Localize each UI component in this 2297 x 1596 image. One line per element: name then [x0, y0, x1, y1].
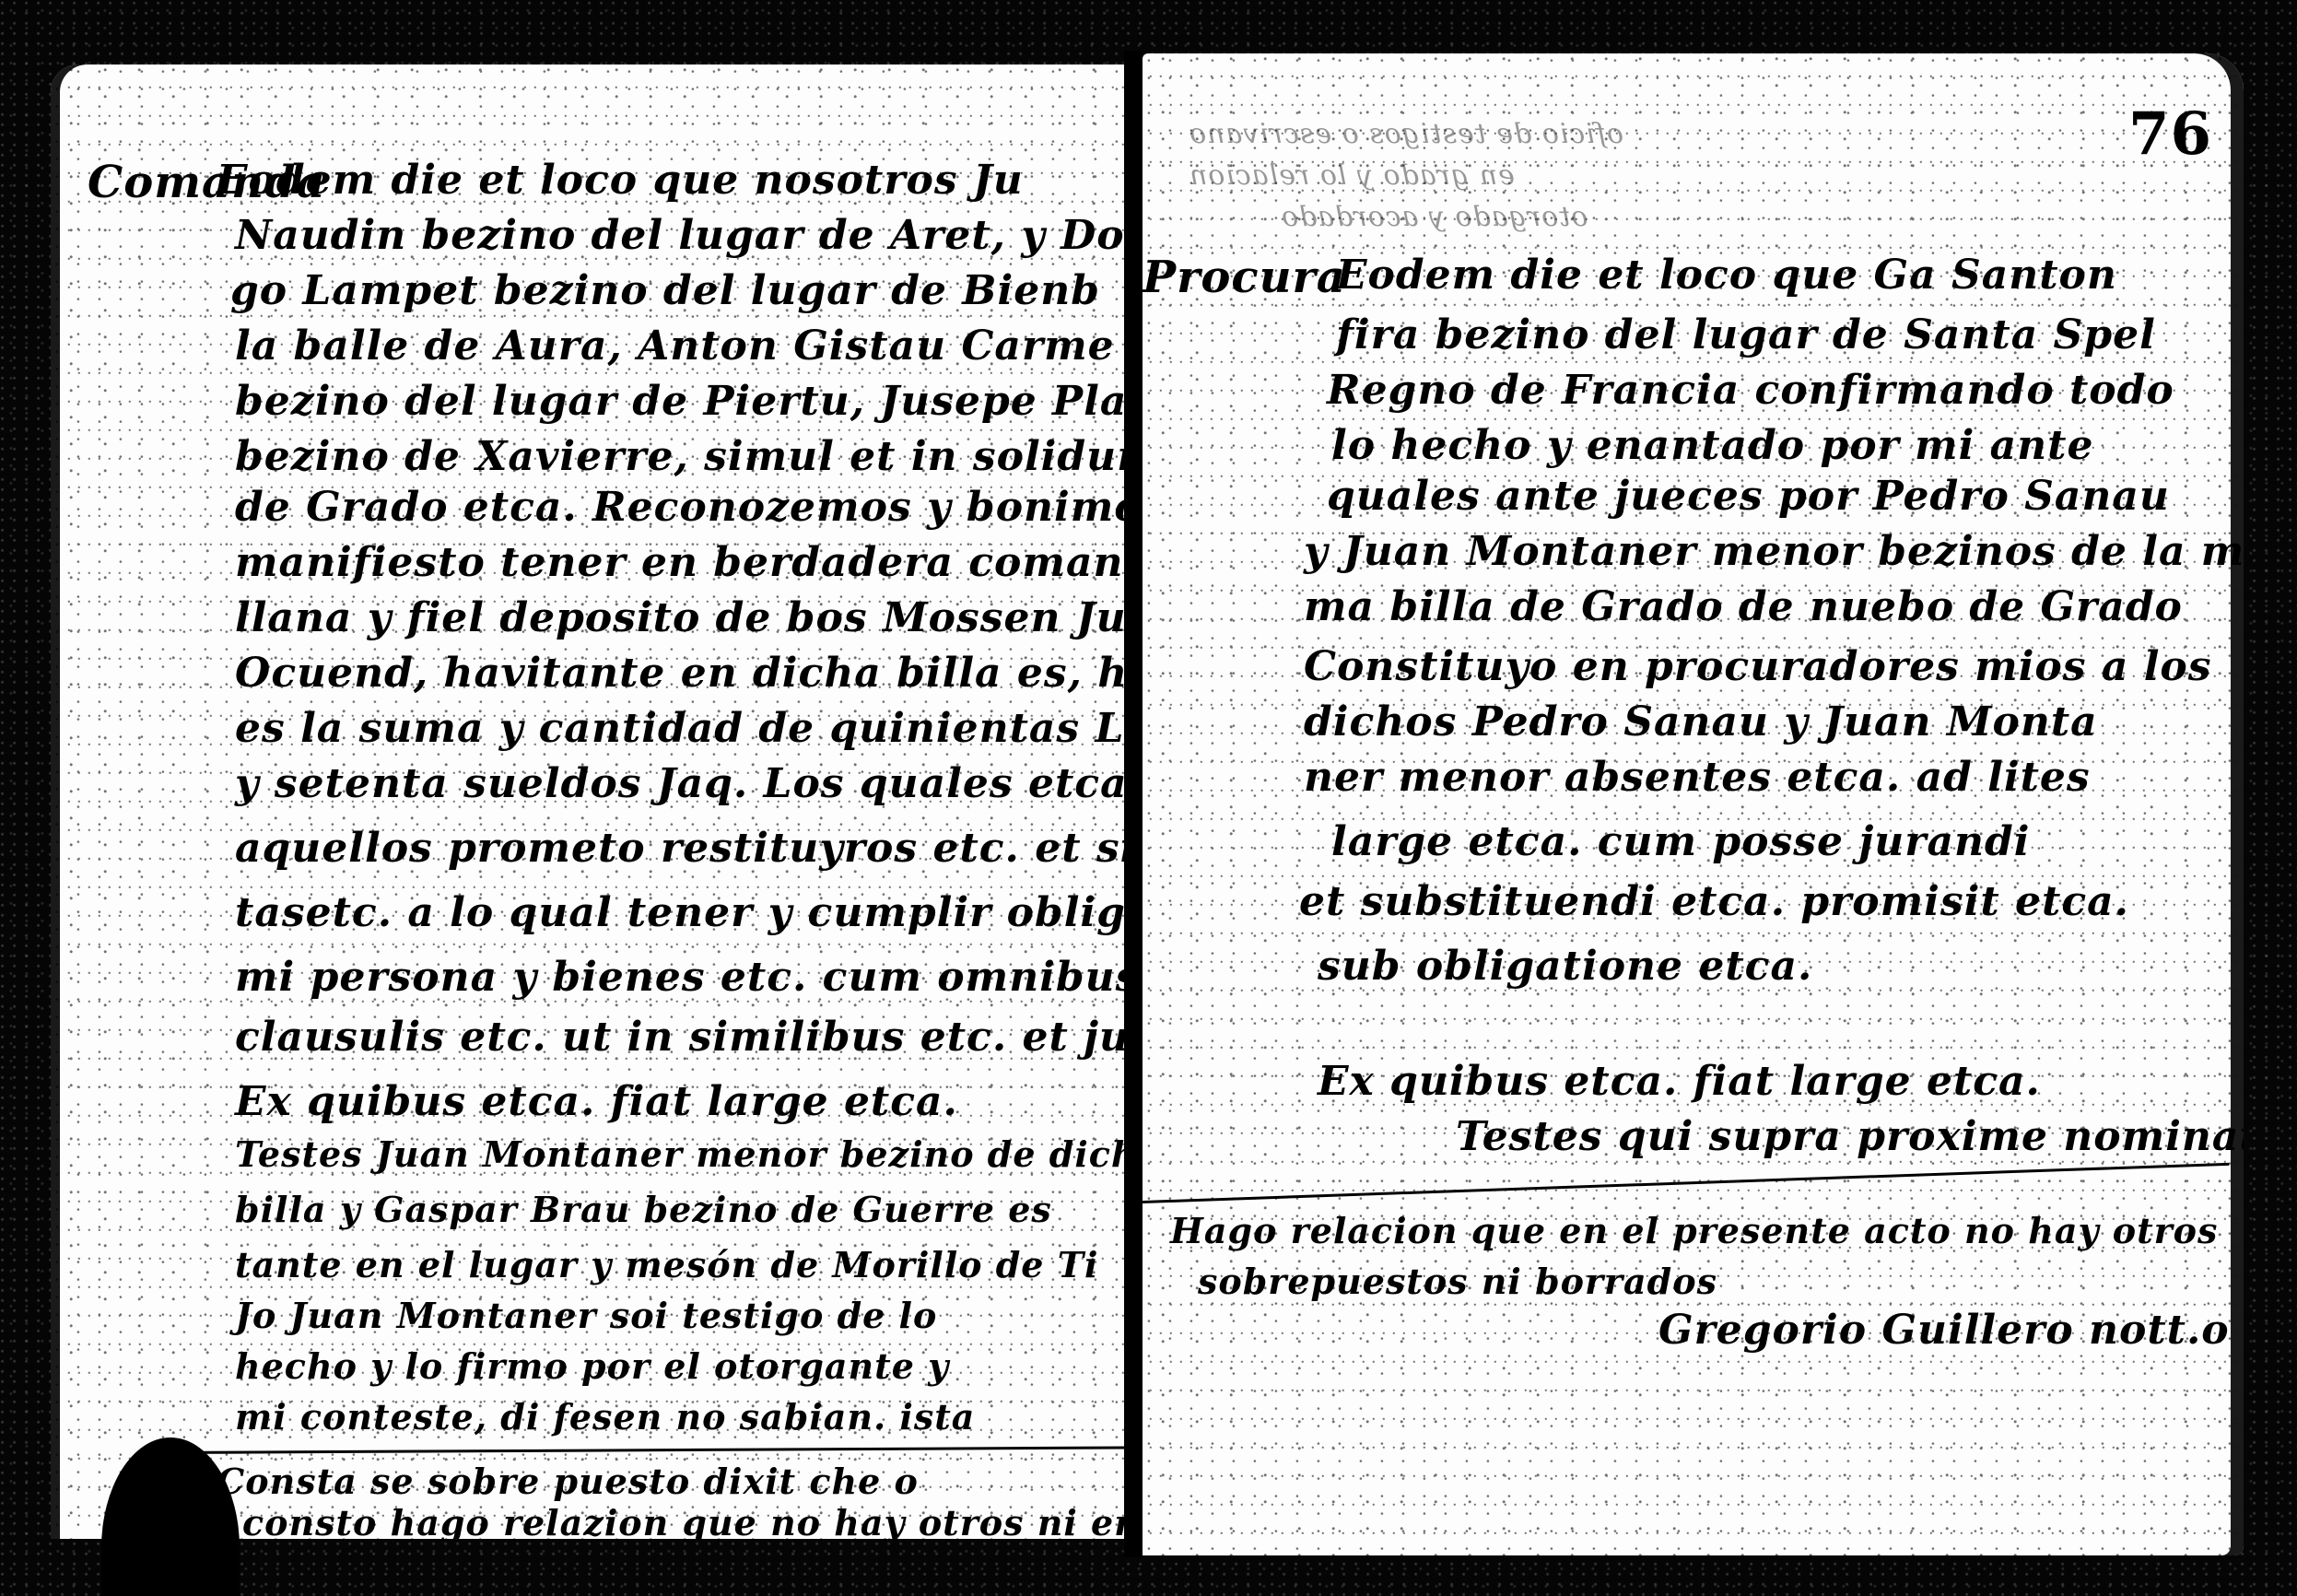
right-body-line: fira bezino del lugar de Santa Spel: [1336, 311, 2156, 358]
right-closing-line: Testes qui supra proxime nominati: [1456, 1113, 2244, 1160]
right-body-line: large etca. cum posse jurandi: [1331, 818, 2030, 865]
left-body-line: tasetc. a lo qual tener y cumplir obligo: [235, 889, 1133, 936]
left-body-line: bezino de Xavierre, simul et in solidum: [235, 433, 1133, 480]
left-body-line: mi persona y bienes etc. cum omnibus: [235, 954, 1133, 1001]
right-body-line: Constituyo en procuradores mios a los: [1304, 643, 2212, 690]
right-body-line: y Juan Montaner menor bezinos de la mis: [1304, 528, 2244, 575]
right-body-line: Eodem die et loco que Ga Santon: [1336, 252, 2117, 299]
right-footer-line: sobrepuestos ni borrados: [1198, 1261, 1717, 1302]
left-witness-line: Ex quibus etca. fiat large etca.: [235, 1078, 958, 1125]
left-body-line: de Grado etca. Reconozemos y bonimos de: [235, 484, 1133, 531]
left-body-line: clausulis etc. ut in similibus etc. et j…: [235, 1014, 1133, 1061]
left-body-line: es la suma y cantidad de quinientas L. s…: [235, 705, 1133, 752]
left-witness-line: Jo Juan Montaner soi testigo de lo: [235, 1295, 937, 1336]
left-body-line: llana y fiel deposito de bos Mossen Juan…: [235, 594, 1133, 641]
right-body-line: Regno de Francia confirmando todo: [1327, 367, 2174, 414]
right-margin-note: Procura: [1143, 252, 1346, 303]
left-body-line: Ocuend, havitante en dicha billa es, has…: [235, 650, 1133, 697]
left-witness-line: mi conteste, di fesen no sabian. ista: [235, 1396, 975, 1438]
right-body-line: dichos Pedro Sanau y Juan Monta: [1304, 698, 2098, 745]
left-footer-line: et consto hago relazion que no hay otros…: [189, 1502, 1133, 1539]
left-footer-rule: [161, 1447, 1129, 1454]
folio-number: 76: [2128, 100, 2212, 169]
right-body-line: lo hecho y enantado por mi ante: [1331, 422, 2093, 469]
right-closing-line: Ex quibus etca. fiat large etca.: [1318, 1058, 2041, 1105]
page-gutter: [1124, 51, 1143, 1557]
right-body-line: sub obligatione etca.: [1318, 943, 1812, 990]
right-body-line: quales ante jueces por Pedro Sanau: [1327, 473, 2170, 520]
left-body-line: bezino del lugar de Piertu, Jusepe Plan: [235, 378, 1133, 425]
left-body-line: Eodem die et loco que nosotros Ju: [217, 157, 1024, 204]
left-witness-line: billa y Gaspar Brau bezino de Guerre es: [235, 1189, 1052, 1230]
right-footer-rule: [1143, 1163, 2229, 1203]
right-footer-line: Hago relacion que en el presente acto no…: [1170, 1210, 2218, 1251]
bleedthrough-line: oficio de testigos o escrivano: [1189, 118, 1623, 150]
left-witness-line: tante en el lugar y mesón de Morillo de …: [235, 1244, 1098, 1285]
left-body-line: go Lampet bezino del lugar de Bienb: [230, 267, 1100, 314]
left-body-line: y setenta sueldos Jaq. Los quales etca. …: [235, 760, 1133, 807]
bleedthrough-line: en grado y lo relacion: [1189, 159, 1515, 192]
left-body-line: la balle de Aura, Anton Gistau Carme: [235, 323, 1115, 370]
left-witness-line: hecho y lo firmo por el otorgante y: [235, 1345, 949, 1387]
bleedthrough-line: otorgado y acordado: [1281, 201, 1588, 233]
left-body-line: Naudin bezino del lugar de Aret, y Do: [235, 212, 1125, 259]
right-body-line: ma billa de Grado de nuebo de Grado: [1304, 583, 2183, 630]
right-body-line: ner menor absentes etca. ad lites: [1304, 754, 2091, 801]
left-page: Comanda Eodem die et loco que nosotros J…: [51, 65, 1133, 1539]
right-page: 76 oficio de testigos o escrivano en gra…: [1143, 53, 2244, 1555]
left-footer-line: Consta se sobre puesto dixit che o: [217, 1461, 919, 1502]
right-body-line: et substituendi etca. promisit etca.: [1299, 878, 2129, 925]
left-body-line: aquellos prometo restituyros etc. et si …: [235, 825, 1133, 872]
left-body-line: manifiesto tener en berdadera comanda pu…: [235, 539, 1133, 586]
left-witness-line: Testes Juan Montaner menor bezino de dic…: [235, 1133, 1133, 1175]
signature: Gregorio Guillero nott.o: [1658, 1307, 2230, 1354]
